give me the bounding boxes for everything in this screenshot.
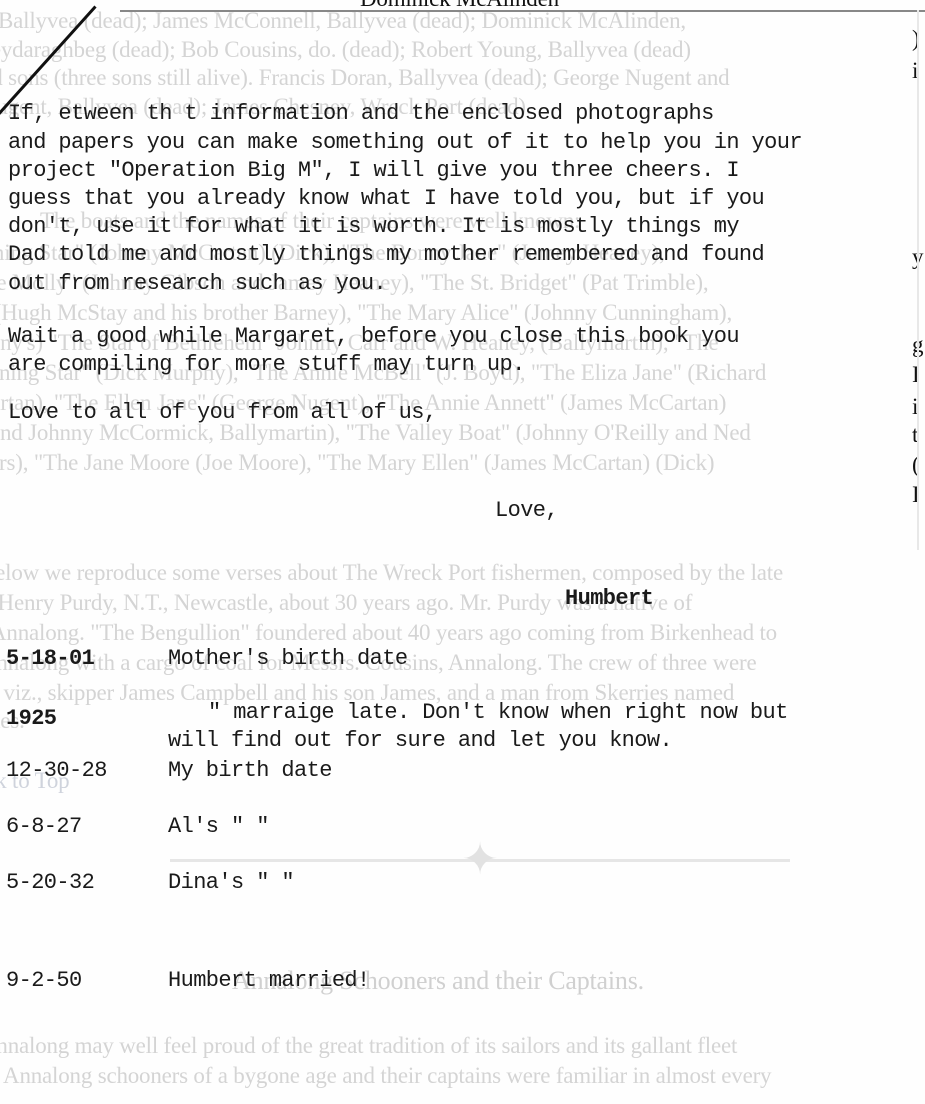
bg-line: Annalong. "The Bengullion" foundered abo… xyxy=(0,620,777,646)
paper-top-edge xyxy=(120,10,925,12)
letter-line: out from research such as you. xyxy=(8,271,386,296)
date-entry-date: 5-18-01 xyxy=(6,646,94,671)
date-entry-date: 9-2-50 xyxy=(6,968,82,993)
letter-closing: Love, xyxy=(495,498,558,523)
date-entry-text: My birth date xyxy=(168,758,332,783)
letter-line: Love to all of you from all of us, xyxy=(8,400,436,425)
bg-line: Rodgers), "The Jane Moore (Joe Moore), "… xyxy=(0,450,714,476)
letter-line: are compiling for more stuff may turn up… xyxy=(8,352,525,377)
letter-line: don't, use it for what it is worth. It i… xyxy=(8,214,739,239)
bg-line: "The Nancy" (Hugh McStay and his brother… xyxy=(0,300,732,326)
scanned-document-page: Dominick McAlinden Ballyvea (dead); Jame… xyxy=(0,0,925,1104)
letter-line: Wait a good while Margaret, before you c… xyxy=(8,324,739,349)
date-entry-text: Dina's " " xyxy=(168,870,294,895)
date-entry-text: will find out for sure and let you know. xyxy=(168,728,672,753)
letter-signature: Humbert xyxy=(565,586,653,611)
letter-line: Dad told me and mostly things my mother … xyxy=(8,242,764,267)
bg-line: Below we reproduce some verses about The… xyxy=(0,560,783,586)
bg-line: Annalong may well feel proud of the grea… xyxy=(0,1033,737,1059)
date-entry-date: 12-30-28 xyxy=(6,758,107,783)
bg-line: Moneydaraghbeg (dead); Bob Cousins, do. … xyxy=(0,37,691,63)
date-entry-date: 6-8-27 xyxy=(6,814,82,839)
star-ornament-icon: ✦ xyxy=(440,837,520,883)
date-entry-text: Al's " " xyxy=(168,814,269,839)
date-entry-text: " marraige late. Don't know when right n… xyxy=(208,700,788,725)
bg-line: and sons (three sons still alive). Franc… xyxy=(0,65,729,91)
letter-line: project "Operation Big M", I will give y… xyxy=(8,158,739,183)
date-entry-date: 5-20-32 xyxy=(6,870,94,895)
date-entry-text: Humbert married! xyxy=(168,968,370,993)
date-entry-date: 1925 xyxy=(6,706,56,731)
letter-line: and papers you can make something out of… xyxy=(8,130,802,155)
bg-line: of Annalong schooners of a bygone age an… xyxy=(0,1063,771,1089)
letter-line: guess that you already know what I have … xyxy=(8,186,764,211)
letter-line: If, etween th t information and the encl… xyxy=(8,101,714,126)
paper-right-edge xyxy=(917,10,919,550)
date-entry-text: Mother's birth date xyxy=(168,646,407,671)
